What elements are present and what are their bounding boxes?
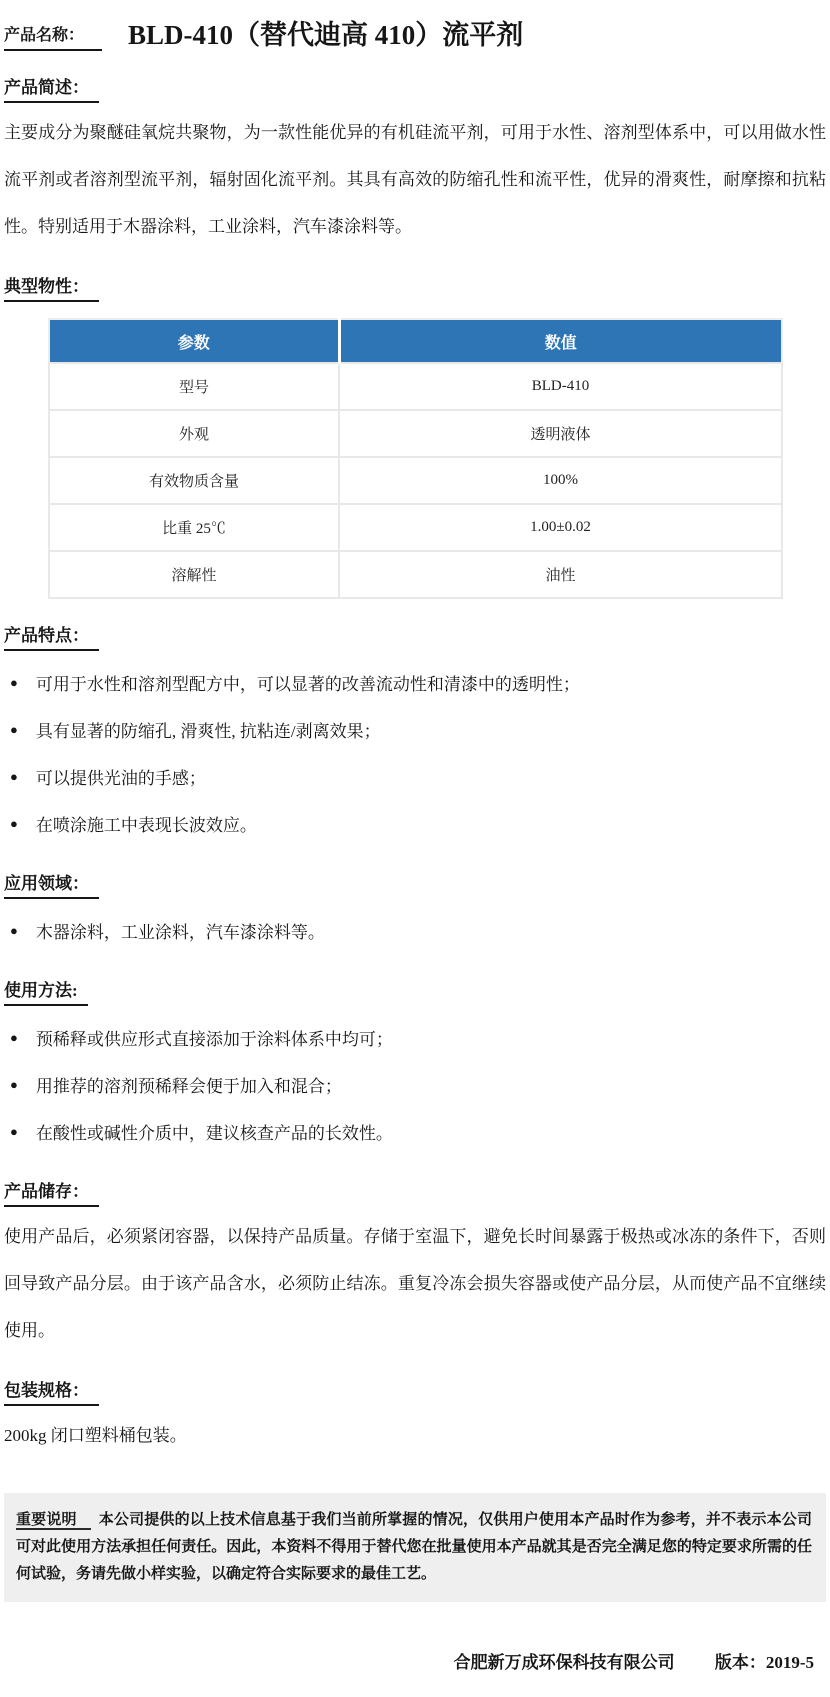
list-item: ● 在酸性或碱性介质中，建议核查产品的长效性。 [4, 1108, 826, 1155]
section-heading-applications: 应用领域： [4, 869, 99, 899]
properties-table: 参数 数值 型号 BLD-410 外观 透明液体 有效物质含量 100% 比重 … [48, 318, 783, 599]
bullet-icon: ● [10, 1031, 18, 1044]
list-item-text: 可用于水性和溶剂型配方中，可以显著的改善流动性和清漆中的透明性； [36, 670, 580, 695]
cell-parameter: 外观 [49, 410, 339, 457]
list-item-text: 在酸性或碱性介质中，建议核查产品的长效性。 [36, 1119, 393, 1144]
footer: 合肥新万成环保科技有限公司 版本：2019-5 [4, 1648, 826, 1673]
list-item-text: 具有显著的防缩孔, 滑爽性, 抗粘连/剥离效果； [36, 717, 381, 742]
bullet-icon: ● [10, 676, 18, 689]
section-packaging: 包装规格： [4, 1376, 826, 1406]
column-header-parameter: 参数 [49, 319, 339, 363]
list-item: ● 可用于水性和溶剂型配方中，可以显著的改善流动性和清漆中的透明性； [4, 659, 826, 706]
section-heading-features: 产品特点： [4, 621, 99, 651]
company-name: 合肥新万成环保科技有限公司 [454, 1653, 675, 1672]
notice-box: 重要说明本公司提供的以上技术信息基于我们当前所掌握的情况，仅供用户使用本产品时作… [4, 1493, 826, 1602]
page-title: BLD-410（替代迪高 410）流平剂 [128, 20, 523, 51]
bullet-icon: ● [10, 723, 18, 736]
packaging-paragraph: 200kg 闭口塑料桶包装。 [4, 1412, 826, 1459]
bullet-icon: ● [10, 1125, 18, 1138]
table-row: 溶解性 油性 [49, 551, 782, 598]
version-text: 版本：2019-5 [715, 1653, 814, 1672]
section-heading-brief: 产品简述： [4, 73, 99, 103]
list-item: ● 具有显著的防缩孔, 滑爽性, 抗粘连/剥离效果； [4, 706, 826, 753]
table-row: 型号 BLD-410 [49, 363, 782, 410]
applications-list: ● 木器涂料，工业涂料，汽车漆涂料等。 [4, 907, 826, 954]
section-brief: 产品简述： [4, 73, 826, 103]
column-header-value: 数值 [339, 319, 782, 363]
features-list: ● 可用于水性和溶剂型配方中，可以显著的改善流动性和清漆中的透明性； ● 具有显… [4, 659, 826, 847]
notice-label: 重要说明 [16, 1512, 91, 1530]
product-datasheet: 产品名称： BLD-410（替代迪高 410）流平剂 产品简述： 主要成分为聚醚… [0, 0, 830, 1697]
section-usage: 使用方法: [4, 976, 826, 1006]
brief-paragraph: 主要成分为聚醚硅氧烷共聚物，为一款性能优异的有机硅流平剂，可用于水性、溶剂型体系… [4, 109, 826, 250]
bullet-icon: ● [10, 924, 18, 937]
bullet-icon: ● [10, 1078, 18, 1091]
section-heading-storage: 产品储存： [4, 1177, 99, 1207]
bullet-icon: ● [10, 817, 18, 830]
table-header-row: 参数 数值 [49, 319, 782, 363]
section-applications: 应用领域： [4, 869, 826, 899]
section-properties: 典型物性： [4, 272, 826, 302]
title-row: 产品名称： BLD-410（替代迪高 410）流平剂 [4, 20, 826, 51]
bullet-icon: ● [10, 770, 18, 783]
list-item-text: 可以提供光油的手感； [36, 764, 206, 789]
cell-parameter: 型号 [49, 363, 339, 410]
section-features: 产品特点： [4, 621, 826, 651]
section-heading-usage: 使用方法: [4, 976, 88, 1006]
cell-value: 油性 [339, 551, 782, 598]
cell-value: BLD-410 [339, 363, 782, 410]
table-row: 比重 25℃ 1.00±0.02 [49, 504, 782, 551]
list-item: ● 预稀释或供应形式直接添加于涂料体系中均可； [4, 1014, 826, 1061]
product-name-label: 产品名称： [4, 22, 102, 51]
list-item: ● 用推荐的溶剂预稀释会便于加入和混合； [4, 1061, 826, 1108]
list-item-text: 在喷涂施工中表现长波效应。 [36, 811, 257, 836]
list-item: ● 可以提供光油的手感； [4, 753, 826, 800]
section-heading-packaging: 包装规格： [4, 1376, 99, 1406]
storage-paragraph: 使用产品后，必须紧闭容器，以保持产品质量。存储于室温下，避免长时间暴露于极热或冰… [4, 1213, 826, 1354]
cell-value: 1.00±0.02 [339, 504, 782, 551]
list-item: ● 木器涂料，工业涂料，汽车漆涂料等。 [4, 907, 826, 954]
notice-body: 本公司提供的以上技术信息基于我们当前所掌握的情况，仅供用户使用本产品时作为参考，… [16, 1512, 812, 1582]
cell-parameter: 溶解性 [49, 551, 339, 598]
table-row: 外观 透明液体 [49, 410, 782, 457]
list-item: ● 在喷涂施工中表现长波效应。 [4, 800, 826, 847]
cell-parameter: 比重 25℃ [49, 504, 339, 551]
table-row: 有效物质含量 100% [49, 457, 782, 504]
usage-list: ● 预稀释或供应形式直接添加于涂料体系中均可； ● 用推荐的溶剂预稀释会便于加入… [4, 1014, 826, 1155]
cell-value: 透明液体 [339, 410, 782, 457]
list-item-text: 预稀释或供应形式直接添加于涂料体系中均可； [36, 1025, 393, 1050]
section-storage: 产品储存： [4, 1177, 826, 1207]
list-item-text: 木器涂料，工业涂料，汽车漆涂料等。 [36, 918, 325, 943]
section-heading-properties: 典型物性： [4, 272, 99, 302]
cell-value: 100% [339, 457, 782, 504]
cell-parameter: 有效物质含量 [49, 457, 339, 504]
list-item-text: 用推荐的溶剂预稀释会便于加入和混合； [36, 1072, 342, 1097]
